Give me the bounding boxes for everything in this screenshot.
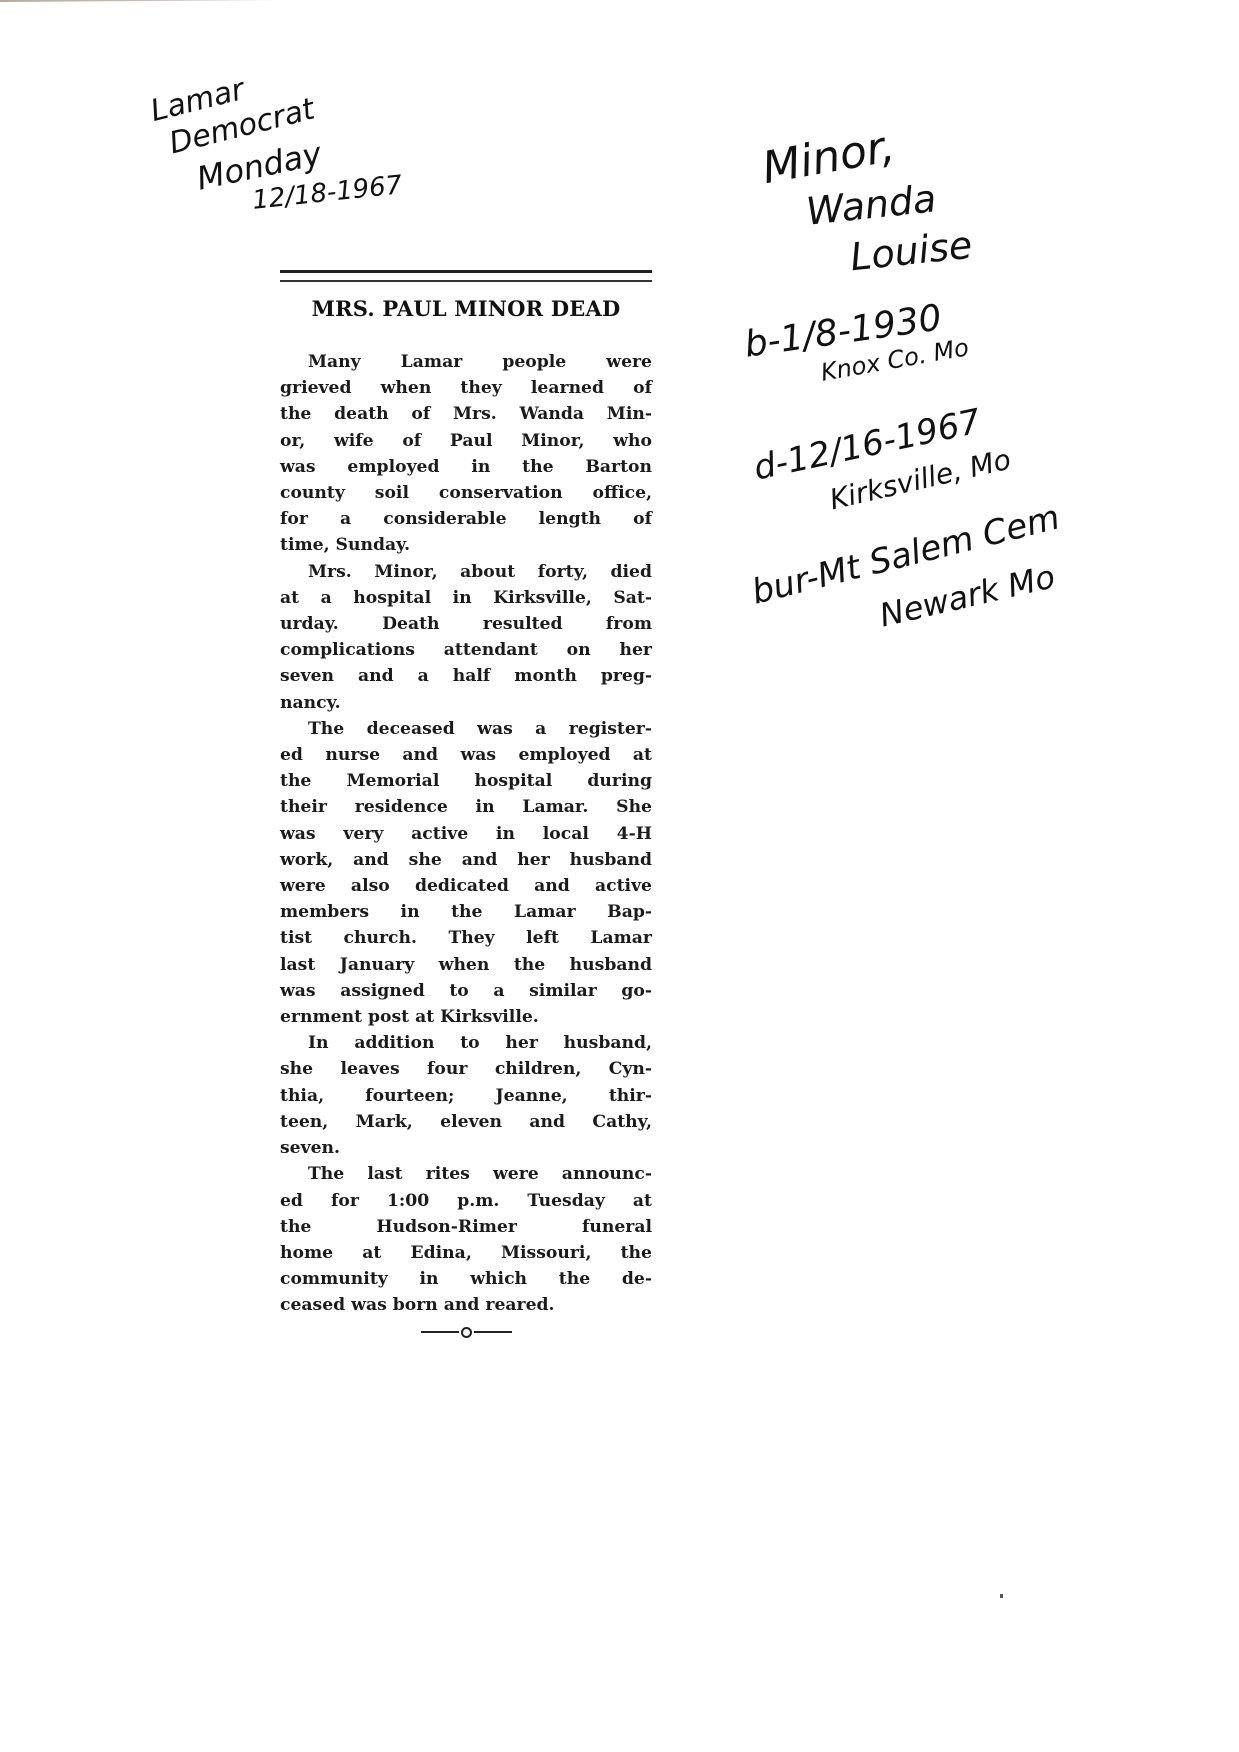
end-of-article-ornament	[280, 1327, 652, 1338]
article-line: teen, Mark, eleven and Cathy,	[280, 1109, 652, 1135]
scan-speck	[1000, 1594, 1003, 1598]
article-line: for a considerable length of	[280, 506, 652, 532]
article-line: ernment post at Kirksville.	[280, 1004, 652, 1030]
headline-rule	[280, 270, 652, 282]
article-line: seven.	[280, 1135, 652, 1161]
article-line: The last rites were announc-	[280, 1161, 652, 1187]
article-line: Mrs. Minor, about forty, died	[280, 559, 652, 585]
article-line: nancy.	[280, 690, 652, 716]
article-paragraph: The last rites were announc-ed for 1:00 …	[280, 1161, 652, 1318]
article-line: ed nurse and was employed at	[280, 742, 652, 768]
article-paragraph: Many Lamar people weregrieved when they …	[280, 349, 652, 559]
article-line: thia, fourteen; Jeanne, thir-	[280, 1083, 652, 1109]
article-line: complications attendant on her	[280, 637, 652, 663]
article-line: the Memorial hospital during	[280, 768, 652, 794]
article-line: grieved when they learned of	[280, 375, 652, 401]
article-line: community in which the de-	[280, 1266, 652, 1292]
article-line: was employed in the Barton	[280, 454, 652, 480]
newspaper-clipping: MRS. PAUL MINOR DEAD Many Lamar people w…	[280, 270, 652, 1338]
article-line: time, Sunday.	[280, 532, 652, 558]
article-line: the Hudson-Rimer funeral	[280, 1214, 652, 1240]
article-line: last January when the husband	[280, 952, 652, 978]
article-line: work, and she and her husband	[280, 847, 652, 873]
article-line: In addition to her husband,	[280, 1030, 652, 1056]
article-line: was very active in local 4-H	[280, 821, 652, 847]
name-middle: Louise	[848, 226, 974, 277]
article-paragraph: In addition to her husband,she leaves fo…	[280, 1030, 652, 1161]
article-line: county soil conservation office,	[280, 480, 652, 506]
article-line: were also dedicated and active	[280, 873, 652, 899]
scan-edge-line	[0, 0, 310, 2]
article-line: seven and a half month preg-	[280, 663, 652, 689]
article-line: members in the Lamar Bap-	[280, 899, 652, 925]
article-line: or, wife of Paul Minor, who	[280, 428, 652, 454]
article-line: tist church. They left Lamar	[280, 925, 652, 951]
article-line: was assigned to a similar go-	[280, 978, 652, 1004]
article-body: Many Lamar people weregrieved when they …	[280, 349, 652, 1319]
article-line: Many Lamar people were	[280, 349, 652, 375]
article-line: urday. Death resulted from	[280, 611, 652, 637]
name-first: Wanda	[804, 179, 938, 230]
headline: MRS. PAUL MINOR DEAD	[280, 296, 652, 321]
article-line: ed for 1:00 p.m. Tuesday at	[280, 1188, 652, 1214]
article-line: she leaves four children, Cyn-	[280, 1056, 652, 1082]
article-line: their residence in Lamar. She	[280, 794, 652, 820]
article-line: ceased was born and reared.	[280, 1292, 652, 1318]
article-line: home at Edina, Missouri, the	[280, 1240, 652, 1266]
article-line: the death of Mrs. Wanda Min-	[280, 401, 652, 427]
article-line: The deceased was a register-	[280, 716, 652, 742]
article-paragraph: The deceased was a register-ed nurse and…	[280, 716, 652, 1030]
article-paragraph: Mrs. Minor, about forty, diedat a hospit…	[280, 559, 652, 716]
article-line: at a hospital in Kirksville, Sat-	[280, 585, 652, 611]
